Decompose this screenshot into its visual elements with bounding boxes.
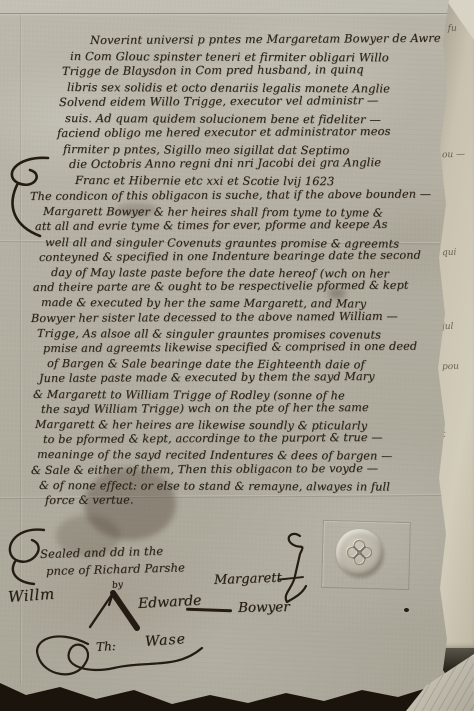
manuscript-line: June laste paste made & executed by them… [39,369,431,387]
manuscript-line: the sayd William Trigge) wch on the pte … [41,399,431,417]
manuscript-line: force & vertue. [45,491,431,509]
signature-william: Willm [7,585,55,606]
notary-flourish [272,528,314,606]
showthrough-text: pou [442,362,459,373]
arrow-witness-mark-icon [82,585,144,631]
ink-fleck [404,608,409,612]
condition-text: The condicon of this obligacon is suche,… [30,189,431,508]
manuscript-line: Solvend eidem Willo Trigge, executor vel… [59,93,456,111]
signature-clerk-initials: Th: [96,639,116,654]
manuscript-line: The condicon of this obligacon is suche,… [30,187,431,205]
manuscript-line: conteyned & specified in one Indenture b… [39,247,431,265]
manuscript-line: Noverint universi p pntes me Margaretam … [90,31,456,49]
latin-obligation-text: Noverint universi p pntes me Margaretam … [56,33,456,188]
manuscript-line: att all and evrie tyme & times for ever,… [35,217,431,235]
embossed-seal [336,529,383,576]
mark-caption: by [111,580,123,591]
manuscript-line: & Sale & either of them, Then this oblig… [31,460,431,478]
manuscript-page: Noverint universi p pntes me Margaretam … [0,0,452,711]
showthrough-text: qui [442,248,457,258]
manuscript-line: to be pformed & kept, accordinge to the … [43,430,431,448]
showthrough-text: ou — [442,150,465,161]
manuscript-line: die Octobris Anno regni dni nri Jacobi d… [69,155,456,173]
manuscript-line: pnce of Richard Parshe [46,559,185,580]
witness-clause: Sealed and dd in the pnce of Richard Par… [40,546,185,580]
manuscript-line: Trigge de Blaysdon in Com pred husband, … [62,62,456,80]
manuscript-line: faciend obligo me hered executor et admi… [57,124,456,142]
signature-clerk-name: Wase [144,631,186,650]
manuscript-line: Bowyer her sister late decessed to the a… [31,308,431,326]
top-fold-crease [0,0,449,14]
manuscript-line: and theire parte are & ought to be respe… [33,278,431,296]
clerk-signature-flourish [26,628,216,686]
manuscript-photograph: i fu ou — qui jul pou t Noverint univers… [0,0,474,711]
manuscript-line: pmise and agreemts likewise specified & … [43,339,431,357]
